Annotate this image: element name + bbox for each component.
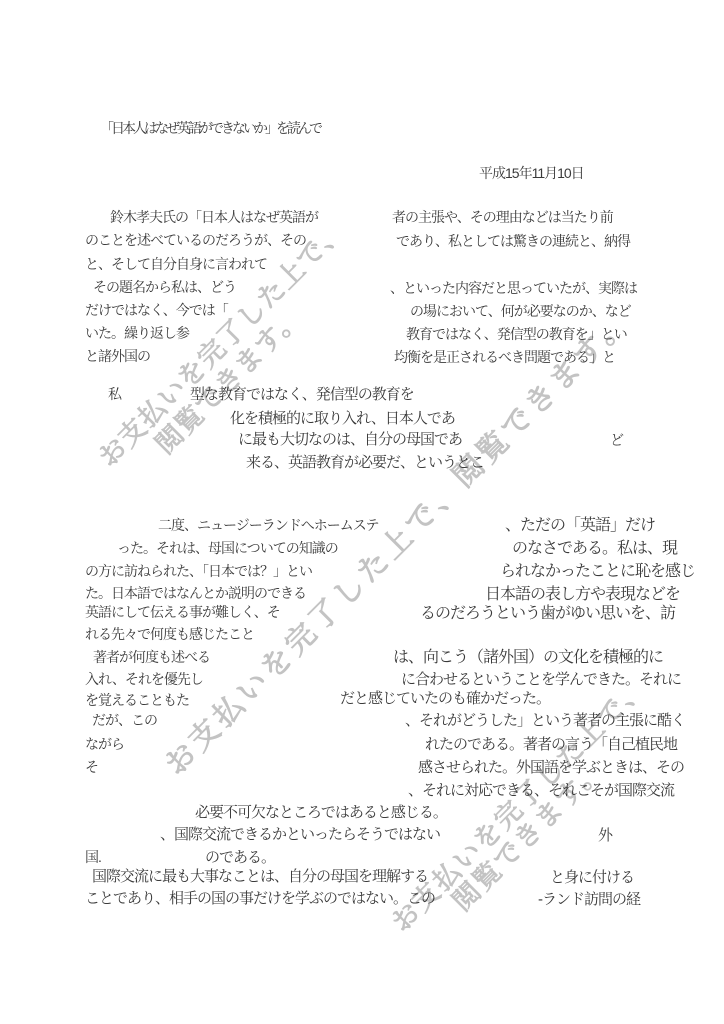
text-fragment: その題名から私は、どう [93,280,236,294]
document-title: 「日本人はなぜ英語ができないか」を読んで [100,121,320,135]
text-fragment: 国. [85,850,101,864]
text-fragment: の方に訪ねられた、「日本では？」とい [85,564,312,578]
text-fragment: と諸外国の [85,349,150,363]
text-fragment: は、向こう（諸外国）の文化を積極的に [393,650,663,666]
text-fragment: 教育ではなく、発信型の教育を」とい [406,327,627,341]
text-fragment: 、ただの「英語」だけ [505,518,655,534]
text-fragment: 鈴木孝夫氏の「日本人はなぜ英語が [110,210,318,224]
text-fragment: を覚えることもた [85,693,189,707]
text-fragment: 私 [108,387,121,401]
text-fragment: ことであり、相手の国の事だけを学ぶのではない。この [85,891,435,906]
text-fragment: 国際交流に最も大事なことは、自分の母国を理解する [92,869,428,884]
text-fragment: だと感じていたのも確かだった。 [340,691,550,706]
text-fragment: 英語にして伝える事が難しく、そ [85,605,280,619]
text-fragment: 者の主張や、その理由などは当たり前 [392,210,613,224]
text-fragment: った。それは、母国についての知識の [117,541,338,555]
text-fragment: た。日本語ではなんとか説明のできる [85,586,306,600]
text-fragment: -ランド訪問の経 [538,892,640,907]
text-fragment: のことを述べているのだろうが、その [85,233,306,247]
text-fragment: であり、私としては驚きの連続と、納得 [396,234,630,248]
text-fragment: られなかったことに恥を感じ [500,564,695,580]
text-fragment: と身に付ける [550,870,634,885]
text-fragment: るのだろうという歯がゆい思いを、訪 [420,606,675,622]
text-fragment: 、それに対応できる、それこそが国際交流 [408,783,674,798]
document-body-text: 「日本人はなぜ英語ができないか」を読んで 平成15年11月10日 鈴木孝夫氏の「… [0,0,724,1024]
text-fragment: ど [610,433,623,447]
text-fragment: 必要不可欠なところではあると感じる。 [195,805,447,820]
scanned-document-page: お支払いを完了した上で、閲覧できます。お支払いを完了した上で、閲覧できます。お支… [0,0,724,1024]
text-fragment: だが、この [92,713,157,727]
text-fragment: のである。 [205,850,275,865]
text-fragment: と、そして自分自身に言われて [85,257,267,271]
text-fragment: に合わせるということを学んできた。それに [401,672,681,687]
text-fragment: 入れ、それを優先し [85,672,203,686]
text-fragment: 型な教育ではなく、発信型の教育を [190,387,414,402]
text-fragment: のなさである。私は、現 [512,541,677,557]
text-fragment: 、国際交流できるかといったらそうではない [160,827,440,842]
text-fragment: の場において、何が必要なのか、など [410,304,631,318]
text-fragment: に最も大切なのは、自分の母国であ [238,432,462,447]
text-fragment: 化を積極的に取り入れ、日本人であ [230,411,455,426]
text-fragment: れる先々で何度も感じたこと [85,627,254,641]
text-fragment: 外 [598,828,612,843]
text-fragment: 、といった内容だと思っていたが、実際は [390,281,637,295]
text-fragment: 均衡を是正されるべき問題である」と [394,350,615,364]
text-fragment: そ [85,760,98,774]
text-fragment: いた。繰り返し参 [85,326,189,340]
text-fragment: 日本語の表し方や表現などを [485,587,680,603]
text-fragment: 、それがどうした」という著者の主張に酷く [405,713,685,728]
text-fragment: ながら [85,737,124,751]
text-fragment: 感させられた。外国語を学ぶときは、その [418,760,684,775]
text-fragment: 著者が何度も述べる [93,650,210,664]
document-date: 平成15年11月10日 [479,166,584,180]
text-fragment: だけではなく、今では「 [85,303,228,317]
text-fragment: 二度、ニュージーランドへホームステ [158,518,378,532]
text-fragment: 来る、英語教育が必要だ、というとこ [246,455,484,470]
text-fragment: れたのである。著者の言う「自己植民地 [425,737,677,752]
